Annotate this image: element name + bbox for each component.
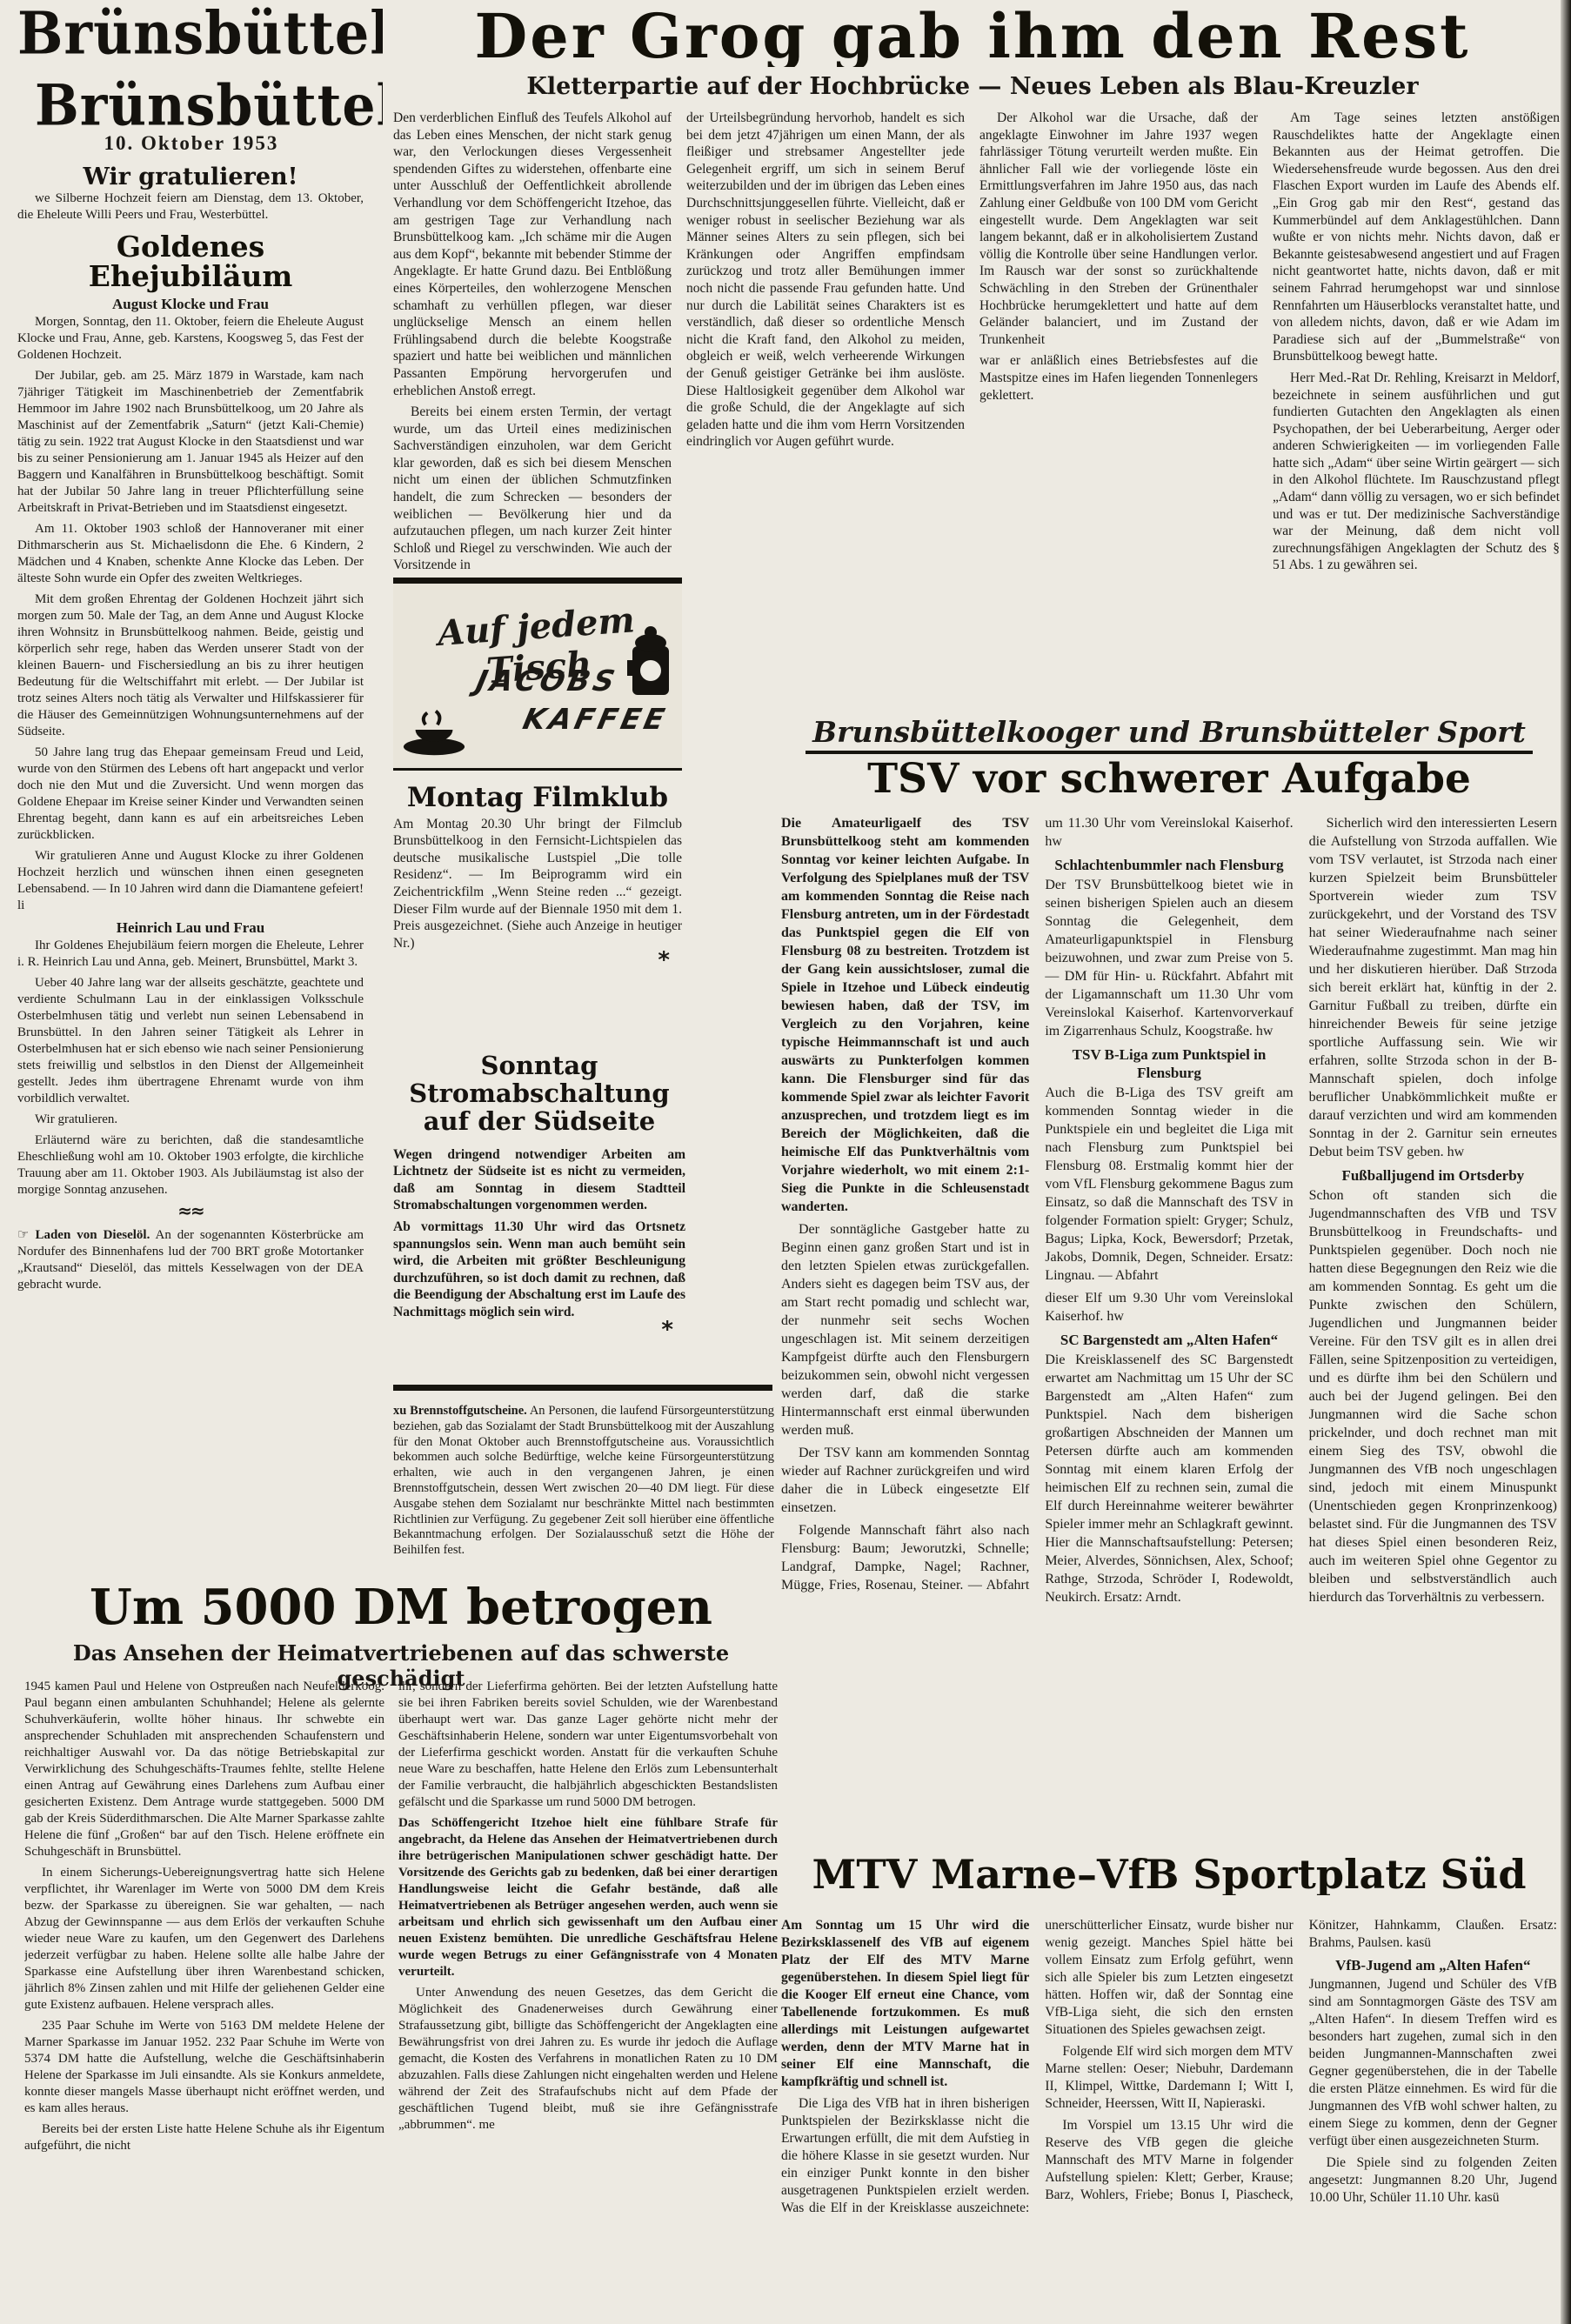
paragraph: Ueber 40 Jahre lang war der allseits ges… [17, 975, 364, 1107]
strom-section: Sonntag Stromabschaltung auf der Südseit… [393, 1051, 685, 1379]
paragraph: Die Kreisklassenelf des SC Bargenstedt e… [1045, 1351, 1293, 1606]
paragraph: Unter Anwendung des neuen Gesetzes, das … [398, 1985, 778, 2134]
filmklub-heading: Montag Filmklub [393, 790, 682, 807]
paragraph: Der Jubilar, geb. am 25. März 1879 in Wa… [17, 368, 364, 517]
paragraph: der Urteilsbegründung hervorhob, handelt… [686, 110, 965, 451]
strom-p1: Wegen dringend notwendiger Arbeiten am L… [393, 1146, 685, 1214]
strom-p2: Ab vormittags 11.30 Uhr wird das Ortsnet… [393, 1219, 685, 1321]
vfb-jugend-heading: VfB-Jugend am „Alten Hafen“ [1309, 1957, 1557, 1974]
paragraph: In einem Sicherungs-Uebereignungsvertrag… [24, 1865, 384, 2013]
schlachtenbummler-heading: Schlachtenbummler nach Flensburg [1045, 856, 1293, 874]
brennstoff-lead: xu Brennstoffgutscheine. [393, 1404, 527, 1418]
lau-heading: Heinrich Lau und Frau [17, 919, 364, 936]
paragraph: Der Alkohol war die Ursache, daß der ang… [979, 110, 1258, 348]
bliga-text: Auch die B-Liga des TSV greift am kommen… [1045, 1084, 1293, 1285]
star-ornament: * [393, 1326, 685, 1334]
paragraph: Die Amateurligaelf des TSV Brunsbüttelko… [781, 814, 1029, 1216]
goldenes-heading: Goldenes Ehejubiläum [17, 232, 364, 290]
paragraph: Sicherlich wird den interessierten Leser… [1309, 814, 1557, 1161]
scan-edge-artifact [1561, 0, 1571, 2324]
betrogen-column-1: 1945 kamen Paul und Helene von Ostpreuße… [24, 1679, 384, 2312]
tsv-headline: TSV vor schwerer Aufgabe [781, 758, 1557, 800]
paragraph: Die Spiele sind zu folgenden Zeiten ange… [1309, 2154, 1557, 2207]
fussballjugend-text: Schon oft standen sich die Jugendmannsch… [1309, 1186, 1557, 1606]
sport-section-title: Brunsbüttelkooger und Brunsbütteler Spor… [806, 715, 1533, 754]
betrogen-headline: Um 5000 DM betrogen [24, 1583, 778, 1633]
ad-brand-kaffee: KAFFEE [520, 702, 672, 736]
paragraph: Am Sonntag um 15 Uhr wird die Bezirkskla… [781, 1917, 1029, 2091]
grog-headline: Der Grog gab ihm den Rest [383, 5, 1562, 67]
grog-column-2: der Urteilsbegründung hervorhob, handelt… [686, 110, 965, 713]
grog-column-1: Den verderblichen Einfluß des Teufels Al… [393, 110, 672, 572]
paragraph: Der sonntägliche Gastgeber hatte zu Begi… [781, 1220, 1029, 1439]
grog-subhead: Kletterpartie auf der Hochbrücke — Neues… [383, 73, 1562, 100]
paragraph: ihr, sondern der Lieferfirma gehörten. B… [398, 1679, 778, 1811]
jacobs-kaffee-ad: Auf jedem Tisch JACOBS KAFFEE [393, 578, 682, 771]
grog-column-3: Der Alkohol war die Ursache, daß der ang… [979, 110, 1258, 713]
filmklub-text: Am Montag 20.30 Uhr bringt der Filmclub … [393, 816, 682, 952]
coffee-cup-icon [400, 705, 468, 758]
gratulieren-text: we Silberne Hochzeit feiern am Dienstag,… [17, 190, 364, 224]
coffee-pot-icon [623, 622, 677, 702]
star-ornament: * [393, 956, 682, 965]
paragraph: Ihr Goldenes Ehejubiläum feiern morgen d… [17, 938, 364, 971]
paragraph: Den verderblichen Einfluß des Teufels Al… [393, 110, 672, 399]
mtv-columns: Am Sonntag um 15 Uhr wird die Bezirkskla… [781, 1917, 1557, 2315]
sport-section-banner: Brunsbüttelkooger und Brunsbütteler Spor… [781, 715, 1557, 754]
paragraph: Herr Med.-Rat Dr. Rehling, Kreisarzt in … [1273, 370, 1560, 574]
paragraph: Am Tage seines letzten anstößigen Rausch… [1273, 110, 1560, 365]
paragraph: 235 Paar Schuhe im Werte von 5163 DM mel… [24, 2018, 384, 2117]
paragraph: Morgen, Sonntag, den 11. Oktober, feiern… [17, 314, 364, 364]
grog-column-4: Am Tage seines letzten anstößigen Rausch… [1273, 110, 1560, 713]
strom-heading: Sonntag Stromabschaltung auf der Südseit… [393, 1052, 685, 1136]
paragraph: war er anläßlich eines Betriebsfestes au… [979, 352, 1258, 404]
paragraph: 50 Jahre lang trug das Ehepaar gemeinsam… [17, 745, 364, 844]
paragraph: Der TSV kann am kommenden Sonntag wieder… [781, 1444, 1029, 1517]
brennstoff-item: xu Brennstoffgutscheine. An Personen, di… [393, 1404, 774, 1559]
paragraph: Bereits bei der ersten Liste hatte Helen… [24, 2121, 384, 2154]
paragraph: Mit dem großen Ehrentag der Goldenen Hoc… [17, 591, 364, 740]
paragraph: 1945 kamen Paul und Helene von Ostpreuße… [24, 1679, 384, 1860]
masthead-title-line1: Brünsbüttelkoog [17, 7, 383, 63]
brennstoff-text: An Personen, die laufend Fürsorgeunterst… [393, 1404, 774, 1557]
section-divider-ornament: ≈≈ [17, 1203, 364, 1219]
paragraph: Wir gratulieren Anne und August Klocke z… [17, 848, 364, 914]
paragraph: Jungmannen, Jugend und Schüler des VfB s… [1309, 1976, 1557, 2150]
pointer-hand-icon: ☞ [17, 1226, 29, 1242]
filmklub-section: Montag Filmklub Am Montag 20.30 Uhr brin… [393, 785, 682, 1038]
paragraph: Wir gratulieren. [17, 1112, 364, 1128]
gratulieren-heading: Wir gratulieren! [17, 169, 364, 185]
schlachtenbummler-text: Der TSV Brunsbüttelkoog bietet wie in se… [1045, 876, 1293, 1040]
paragraph: Bereits bei einem ersten Termin, der ver… [393, 404, 672, 572]
sport-fragment: dieser Elf um 9.30 Uhr vom Vereinslokal … [1045, 1289, 1293, 1326]
dieseloel-item: ☞ Laden von Dieselöl. An der sogenannten… [17, 1226, 364, 1293]
bliga-heading: TSV B-Liga zum Punktspiel in Flensburg [1045, 1045, 1293, 1082]
issue-date: 10. Oktober 1953 [17, 132, 365, 155]
brennstoff-section: xu Brennstoffgutscheine. An Personen, di… [393, 1404, 774, 1566]
paragraph: Folgende Elf wird sich morgen dem MTV Ma… [1045, 2043, 1293, 2113]
mtv-headline: MTV Marne–VfB Sportplatz Süd [781, 1854, 1557, 1895]
newspaper-page: Brünsbüttelkoog Brünsbüttel 10. Oktober … [0, 0, 1571, 2324]
paragraph: Am 11. Oktober 1903 schloß der Hannovera… [17, 521, 364, 587]
paragraph: Erläuternd wäre zu berichten, daß die st… [17, 1132, 364, 1199]
masthead-title-line2: Brünsbüttel [35, 78, 383, 135]
bargenstedt-heading: SC Bargenstedt am „Alten Hafen“ [1045, 1331, 1293, 1349]
sport-columns: Die Amateurligaelf des TSV Brunsbüttelko… [781, 814, 1557, 1847]
goldenes-subheading: August Klocke und Frau [17, 296, 364, 312]
left-rail: Wir gratulieren! we Silberne Hochzeit fe… [17, 165, 364, 1557]
dieseloel-lead: Laden von Dieselöl. [35, 1228, 150, 1242]
paragraph: Das Schöffengericht Itzehoe hielt eine f… [398, 1815, 778, 1980]
betrogen-column-2: ihr, sondern der Lieferfirma gehörten. B… [398, 1679, 778, 2312]
fussballjugend-heading: Fußballjugend im Ortsderby [1309, 1166, 1557, 1185]
ad-brand-jacobs: JACOBS [473, 664, 621, 698]
divider-bar [393, 1385, 772, 1391]
